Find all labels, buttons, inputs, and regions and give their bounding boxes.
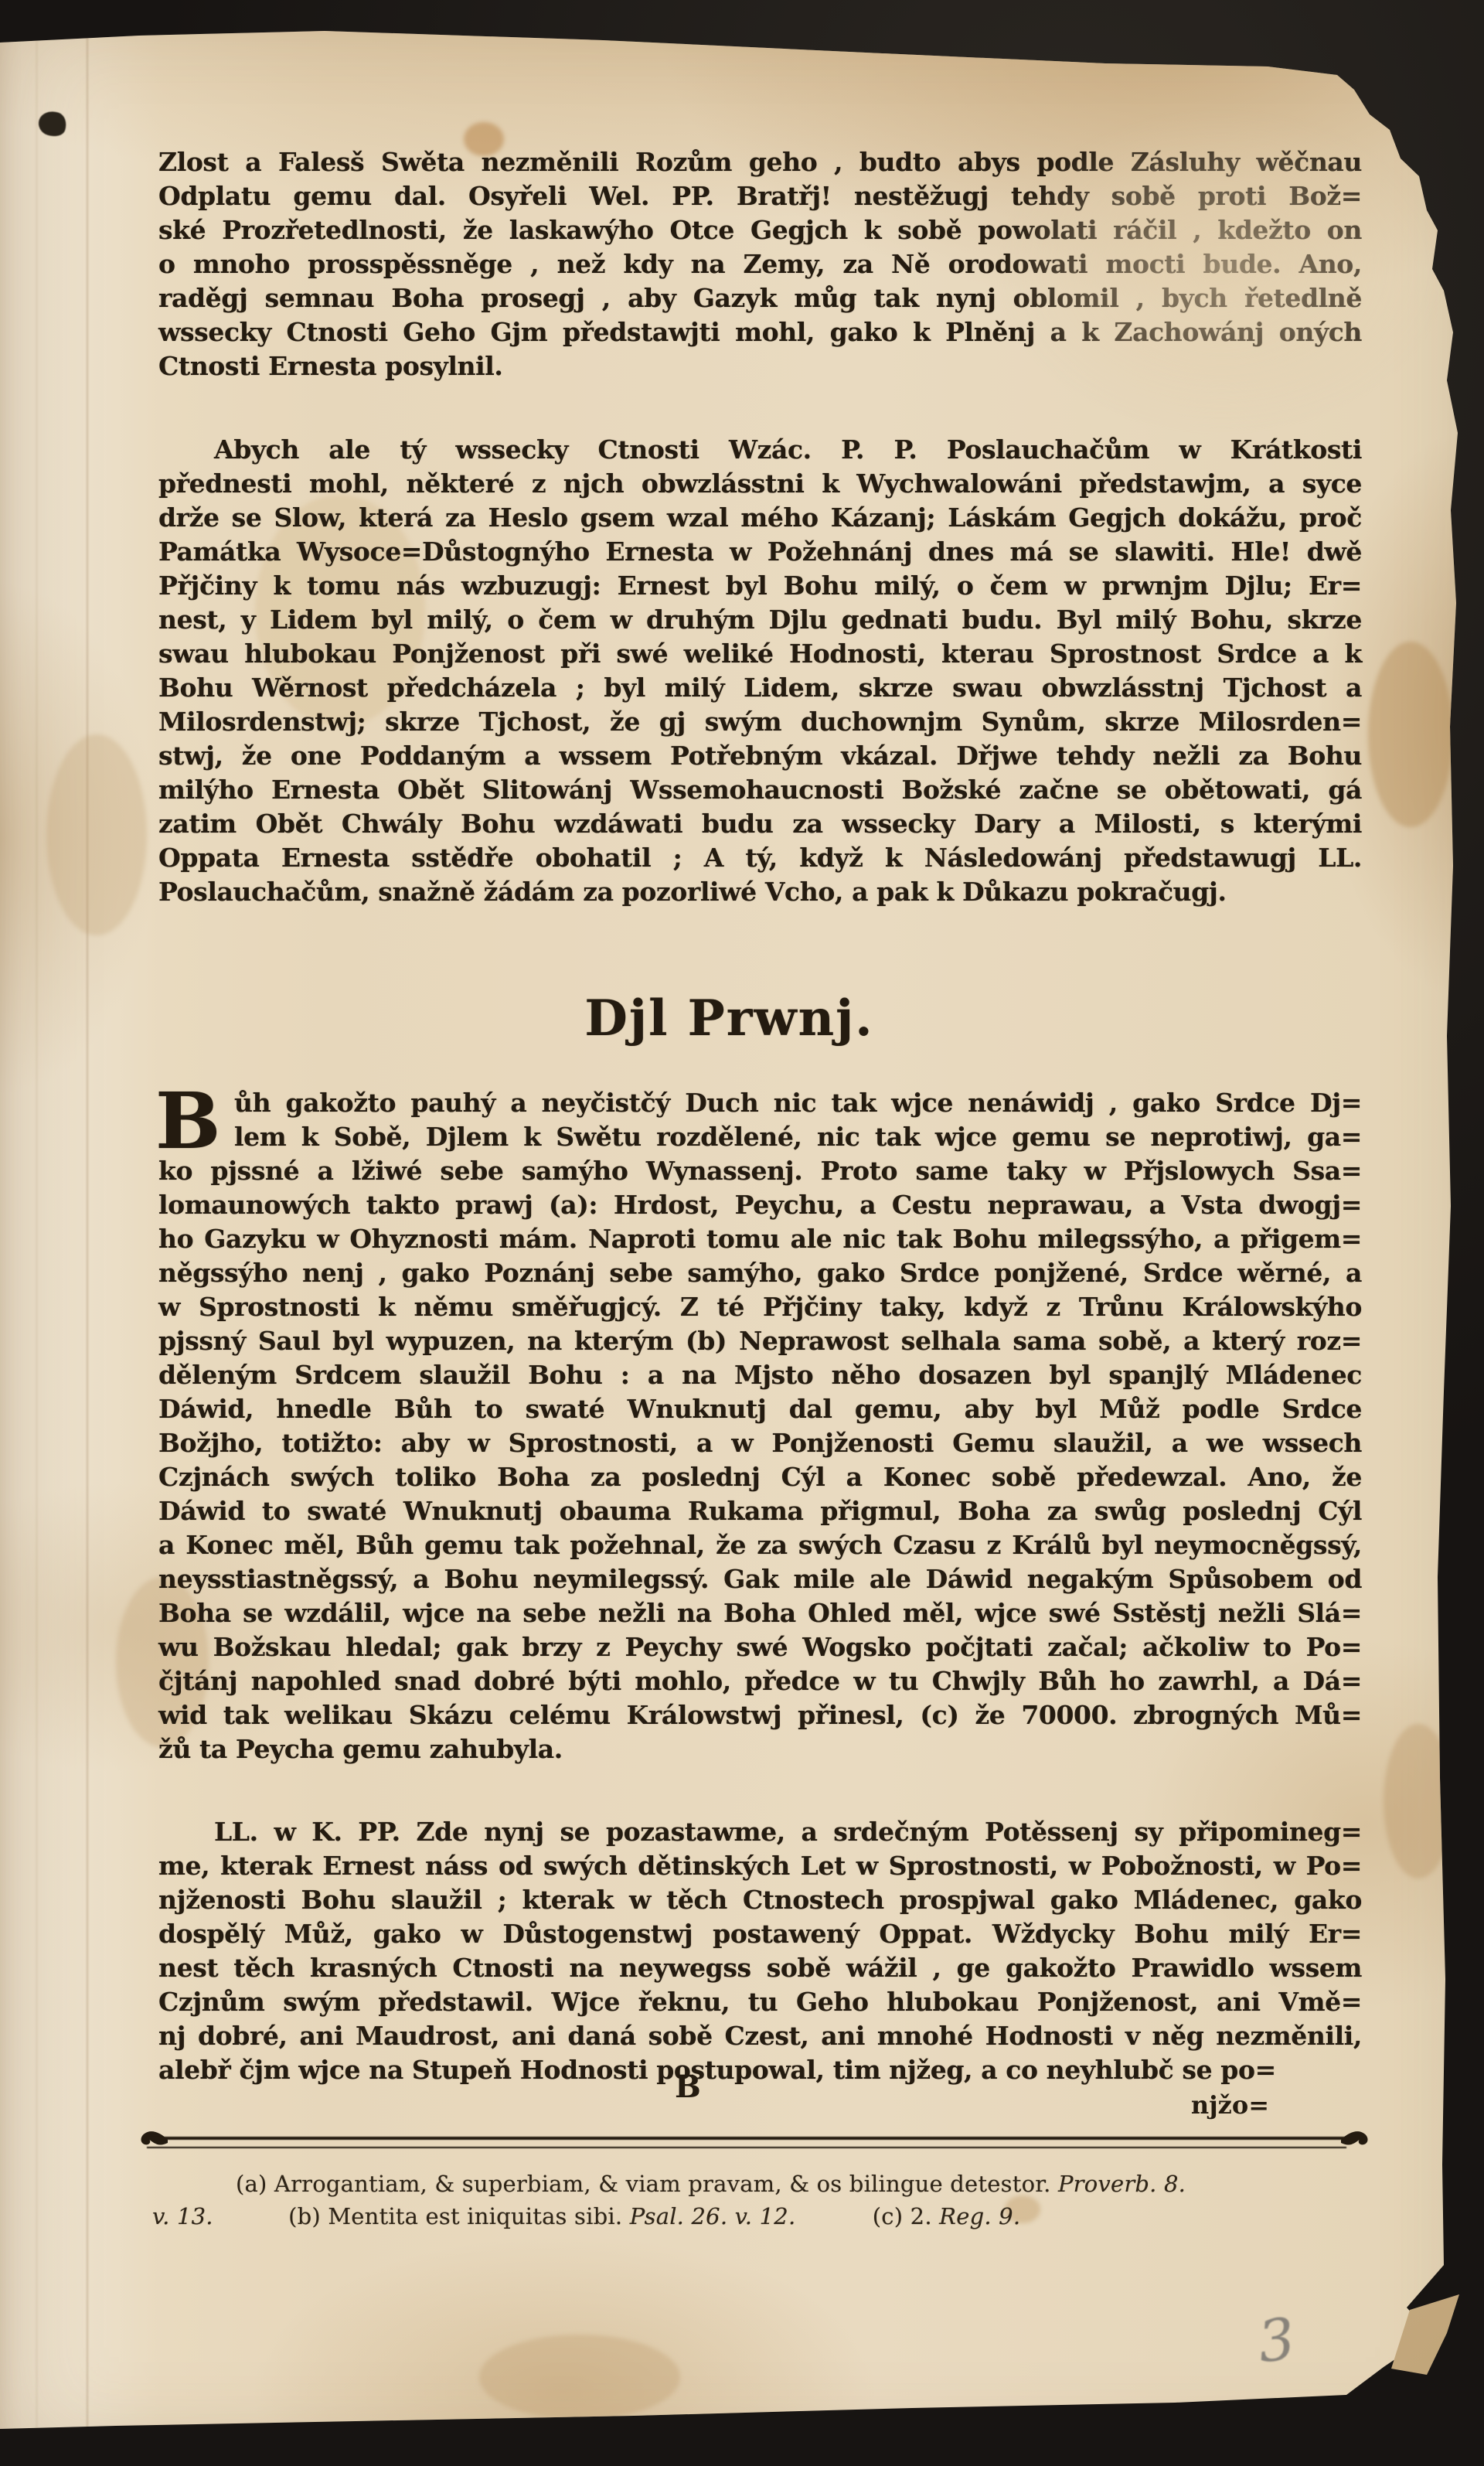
text-line: Bohu Wěrnost předcházela ; byl milý Lide…	[158, 671, 1362, 705]
text-line: LL. w K. PP. Zde nynj se pozastawme, a s…	[158, 1815, 1362, 1849]
text-line: swau hlubokau Ponjženost při swé weliké …	[158, 637, 1362, 671]
text-line: něgssýho nenj , gako Poznánj sebe samýho…	[158, 1256, 1362, 1290]
text-line: čjtánj napohled snad dobré býti mohlo, p…	[158, 1664, 1362, 1698]
text-line: wssecky Ctnosti Geho Gjm předstawjti moh…	[158, 315, 1362, 349]
text-line: Oppata Ernesta sstědře obohatil ; A tý, …	[158, 841, 1362, 875]
foxing-stain	[1368, 642, 1453, 827]
text-line: Božjho, totižto: aby w Sprostnosti, a w …	[158, 1426, 1362, 1460]
text-line: njženosti Bohu slaužil ; kterak w těch C…	[158, 1883, 1362, 1917]
text-line: Czjnách swých toliko Boha za poslednj Cý…	[158, 1460, 1362, 1494]
text-line: Památka Wysoce=Důstognýho Ernesta w Pože…	[158, 535, 1362, 569]
text-line: nest, y Lidem byl milý, o čem w druhým D…	[158, 603, 1362, 637]
scan-background: Zlost a Falesš Swěta nezměnili Rozům geh…	[0, 0, 1484, 2466]
text-line: lem k Sobě, Djlem k Swětu rozdělené, nic…	[158, 1120, 1362, 1154]
footnote-rule	[147, 2137, 1346, 2148]
text-line: stwj, že one Poddaným a wssem Potřebným …	[158, 739, 1362, 773]
text-line: ho Gazyku w Ohyznosti mám. Naproti tomu …	[158, 1222, 1362, 1256]
second-paragraph: Abych ale tý wssecky Ctnosti Wzác. P. P.…	[158, 433, 1362, 909]
part-one-paragraph: B ůh gakožto pauhý a neyčistčý Duch nic …	[158, 1086, 1362, 1766]
text-line: alebř čjm wjce na Stupeň Hodnosti postup…	[158, 2053, 1362, 2087]
text-line: ské Prozřetedlnosti, že laskawýho Otce G…	[158, 213, 1362, 247]
part-one-heading: Djl Prwnj.	[128, 989, 1331, 1047]
crease-line	[87, 31, 88, 2431]
text-line: drže se Slow, která za Heslo gsem wzal m…	[158, 501, 1362, 535]
opening-paragraph: Zlost a Falesš Swěta nezměnili Rozům geh…	[158, 145, 1362, 383]
book-page: Zlost a Falesš Swěta nezměnili Rozům geh…	[0, 0, 1484, 2466]
text-line: Dáwid to swaté Wnuknutj obauma Rukama př…	[158, 1494, 1362, 1528]
text-line: přednesti mohl, některé z njch obwzlásst…	[158, 467, 1362, 501]
text-line: o mnoho prosspěssněge , než kdy na Zemy,…	[158, 247, 1362, 281]
closing-paragraph: LL. w K. PP. Zde nynj se pozastawme, a s…	[158, 1815, 1362, 2087]
footnote-b-reference: Psal. 26. v. 12.	[630, 2203, 796, 2229]
foxing-stain	[479, 2335, 680, 2420]
text-line: w Sprostnosti k němu směřugjcý. Z té Přj…	[158, 1290, 1362, 1324]
footnote-c-reference: Reg. 9.	[939, 2203, 1020, 2229]
text-line: neysstiastněgssý, a Bohu neymilegssý. Ga…	[158, 1562, 1362, 1596]
text-line: Dáwid, hnedle Bůh to swaté Wnuknutj dal …	[158, 1392, 1362, 1426]
text-line: dospělý Můž, gako w Důstogenstwj postawe…	[158, 1917, 1362, 1951]
text-line: Boha se wzdálil, wjce na sebe nežli na B…	[158, 1596, 1362, 1630]
text-line: pjssný Saul byl wypuzen, na kterým (b) N…	[158, 1324, 1362, 1358]
text-block: Zlost a Falesš Swěta nezměnili Rozům geh…	[158, 145, 1362, 826]
footnote-verse-reference: v. 13.	[152, 2203, 213, 2229]
text-line: ko pjssné a lžiwé sebe samýho Wynassenj.…	[158, 1154, 1362, 1188]
text-line: nest těch krasných Ctnosti na neywegss s…	[158, 1951, 1362, 1985]
catchword: njžo=	[158, 2090, 1269, 2120]
text-line: Odplatu gemu dal. Osyřeli Wel. PP. Bratř…	[158, 179, 1362, 213]
footnote-line-2: v. 13. (b) Mentita est iniquitas sibi. P…	[152, 2203, 1020, 2229]
text-line: Přjčiny k tomu nás wzbuzugj: Ernest byl …	[158, 569, 1362, 603]
text-line: děleným Srdcem slaužil Bohu : a na Mjsto…	[158, 1358, 1362, 1392]
footnote-a-text: (a) Arrogantiam, & superbiam, & viam pra…	[236, 2171, 1051, 2197]
rule-ornament-right-icon	[1339, 2126, 1372, 2152]
text-line: nj dobré, ani Maudrost, ani daná sobě Cz…	[158, 2019, 1362, 2053]
text-line: Poslauchačům, snažně žádám za pozorliwé …	[158, 875, 1362, 909]
text-line: zatim Obět Chwály Bohu wzdáwati budu za …	[158, 807, 1362, 841]
text-line: raděgj semnau Boha prosegj , aby Gazyk m…	[158, 281, 1362, 315]
text-line: Milosrdenstwj; skrze Tjchost, že gj swým…	[158, 705, 1362, 739]
text-line: žů ta Peycha gemu zahubyla.	[158, 1732, 1362, 1766]
footnote-c-text: (c) 2.	[873, 2203, 932, 2229]
footnote-b-text: (b) Mentita est iniquitas sibi.	[288, 2203, 622, 2229]
text-line: me, kterak Ernest náss od swých dětinský…	[158, 1849, 1362, 1883]
text-line: Czjnům swým předstawil. Wjce řeknu, tu G…	[158, 1985, 1362, 2019]
footnote-a-reference: Proverb. 8.	[1058, 2171, 1186, 2197]
foxing-stain	[1384, 1724, 1453, 1878]
foxing-stain	[46, 734, 147, 935]
text-line: a Konec měl, Bůh gemu tak požehnal, že z…	[158, 1528, 1362, 1562]
text-line: milýho Ernesta Obět Slitowánj Wssemohauc…	[158, 773, 1362, 807]
text-line: lomaunowých takto prawj (a): Hrdost, Pey…	[158, 1188, 1362, 1222]
crease-line	[36, 31, 37, 2431]
drop-cap: B	[155, 1088, 220, 1154]
text-line: Ctnosti Ernesta posylnil.	[158, 349, 1362, 383]
text-line: wid tak welikau Skázu celému Králowstwj …	[158, 1698, 1362, 1732]
text-line: ůh gakožto pauhý a neyčistčý Duch nic ta…	[158, 1086, 1362, 1120]
footnote-line-1: (a) Arrogantiam, & superbiam, & viam pra…	[236, 2171, 1186, 2197]
text-line: Zlost a Falesš Swěta nezměnili Rozům geh…	[158, 145, 1362, 179]
text-line: wu Božskau hledal; gak brzy z Peychy swé…	[158, 1630, 1362, 1664]
text-line: Abych ale tý wssecky Ctnosti Wzác. P. P.…	[158, 433, 1362, 467]
